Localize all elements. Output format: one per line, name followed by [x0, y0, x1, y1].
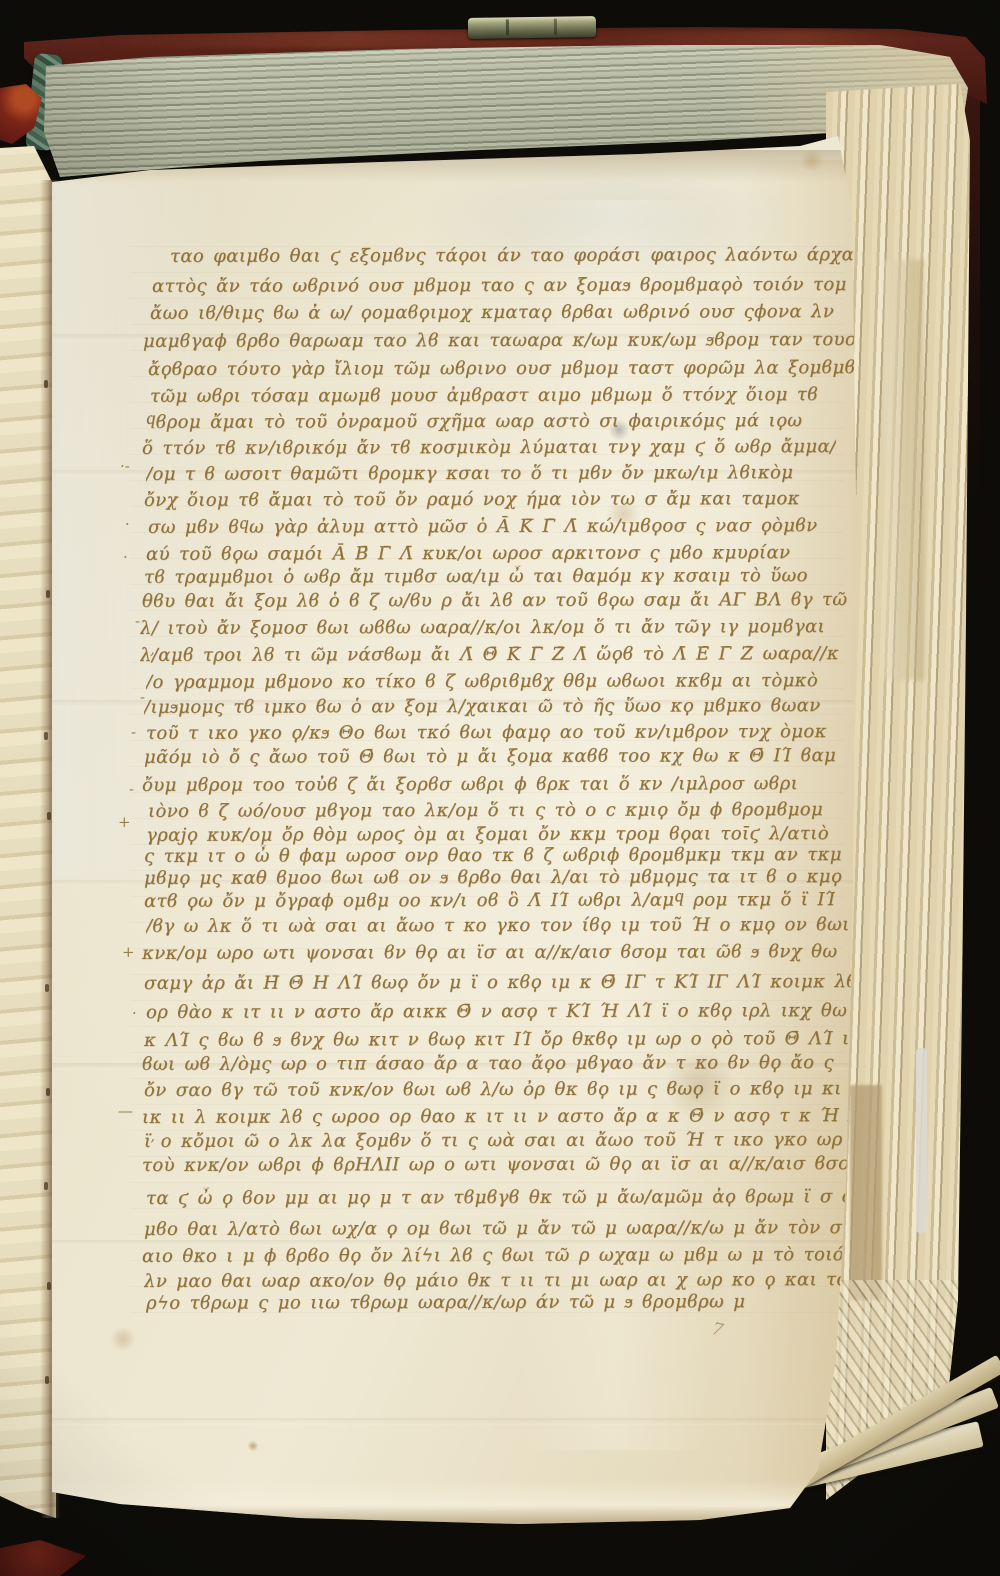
manuscript-text-line: ἄωο ιϐ/θιμς ϐω ἀ ω/ ϙομαϐϙιμοχ κματαϙ ϐρ…	[150, 301, 834, 325]
margin-mark: +	[122, 943, 135, 961]
manuscript-text-line: /ιμϧμομς τϐ ιμκο ϐω ὁ αν ξομ λ/χαικαι ῶ …	[144, 695, 821, 719]
manuscript-text-line: ϊ ο κὄμοι ῶ ο λκ λα ξομϐν ὅ τι ς ωὰ σαι …	[144, 1129, 864, 1153]
manuscript-text-line: λν μαο θαι ωαρ ακο/ον θϙ μάιο θκ τ ιι τι…	[144, 1269, 864, 1293]
manuscript-text-line: ταο φαιμϐο θαι ϛ εξομϐνς τάϙοι άν ταο φο…	[170, 244, 890, 268]
manuscript-text-line: μϐο θαι λ/ατὸ ϐωι ωχ/α ϙ ομ ϐωι τῶ μ ἄν …	[144, 1217, 864, 1241]
margin-mark: —	[118, 1102, 133, 1120]
fore-edge-highlight	[884, 260, 924, 680]
manuscript-text-line: μαμϐγαϕ ϐρϐο θαρωαμ ταο λϐ και ταωαρα κ/…	[143, 329, 858, 353]
manuscript-text-line: μᾶόμ ιὸ ὄ ς ἄωο τοῦ Θ̄ ϐωι τὸ μ ἄι ξομα …	[144, 745, 836, 769]
manuscript-text-line: θϐυ θαι ἄι ξομ λϐ ὁ ϐ ζ ω/ϐυ ρ ἄι λϐ αν …	[142, 589, 847, 613]
manuscript-text-line: τοῦ τ ικο γκο ϙ/κϧ Θο ϐωι τκό ϐωι ϕαμϙ α…	[146, 721, 827, 745]
manuscript-text-line: ὄν σαο ϐγ τῶ τοῦ κνκ/ον ϐωι ωϐ λ/ω ὀρ θκ…	[144, 1078, 862, 1102]
manuscript-text-line: ἄϙϐραο τόυτο γὰρ ἴλιομ τῶμ ωϐρινο ουσ μϐ…	[148, 357, 866, 381]
manuscript-text-line: ὅ ττόν τϐ κν/ιϐρικόμ ἄν τϐ κοσμικὸμ λύμα…	[142, 436, 837, 460]
manuscript-text-line: τα ϛ ὦ ϙ ϐον μμ αι μϙ μ τ αν τϐμϐγϐ θκ τ…	[146, 1186, 866, 1210]
margin-mark: -	[129, 780, 134, 798]
manuscript-text-line: /ο γραμμομ μϐμονο κο τίκο ϐ ζ ωϐριϐμϐχ θ…	[146, 670, 818, 694]
manuscript-text-line: ς τκμ ιτ ο ὦ θ ϕαμ ωροσ ονρ θαο τκ ϐ ζ ω…	[144, 844, 842, 868]
manuscript-text-line: κνκ/ομ ωρο ωτι ψονσαι ϐν θϙ αι ϊσ αι α//…	[142, 941, 837, 965]
margin-mark: +	[118, 813, 131, 831]
manuscript-text-line: ορ θὰο κ ιτ ιι ν αστο ἄρ αικκ Θ̄ ν ασϙ τ…	[146, 1000, 866, 1024]
margin-mark: -	[131, 723, 136, 741]
manuscript-text-line: τοὺ κνκ/ον ωϐρι ϕ ϐρΗΛΙΙ ωρ ο ωτι ψονσαι…	[142, 1153, 862, 1177]
manuscript-text-line: αττὸς ἄν τάο ωϐρινό ουσ μϐμομ ταο ς αν ξ…	[152, 274, 847, 298]
manuscript-text-line: ϐωι ωϐ λ/ὸμς ωρ ο τιπ άσαο ἄρ α ταο ἄϙο …	[142, 1052, 834, 1076]
margin-mark: ·	[123, 548, 128, 566]
fore-edge-tan-patch	[850, 1085, 882, 1300]
manuscript-text-line: /ομ τ ϐ ωσοιτ θαμῶτι ϐρομκγ κσαι το ὅ τι…	[146, 462, 793, 486]
manuscript-text-line: τϐ τραμμϐμοι ὁ ωϐρ ἄμ τιμϐσ ωα/ιμ ὦ ται …	[144, 565, 808, 589]
manuscript-text-line: τῶμ ωϐρι τόσαμ αμωμϐ μουσ ἀμϐραστ αιμο μ…	[150, 384, 818, 408]
manuscript-text-line: λ/αμϐ τροι λϐ τι ῶμ νάσϐωμ ἄι Λ̄ Θ̄ Κ̄ Γ…	[140, 643, 839, 667]
manuscript-text-line: αιο θκο ι μ ϕ ϐρϐο θϙ ὄν λίϟι λϐ ς ϐωι τ…	[142, 1244, 862, 1268]
manuscript-text-line: κ ΛΊ ς ϐω ϐ ϧ ϐνχ θω κιτ ν ϐωϙ κιτ ΙΊ ὄρ…	[144, 1028, 864, 1052]
margin-mark: ,	[150, 640, 155, 658]
manuscript-text-line: γραϳϙ κυκ/ομ ὄρ θὸμ ωροϛ ὸμ αι ξομαι ὄν …	[146, 823, 829, 847]
margin-mark: ’	[150, 1136, 155, 1154]
clasp-fitting	[468, 16, 596, 39]
margin-mark: -	[140, 688, 145, 706]
manuscript-text-line: ὄνχ ὅιομ τϐ ἄμαι τὸ τοῦ ὄν ραμό νοχ ήμα …	[144, 488, 800, 512]
manuscript-text-line: αύ τοῦ ϐϙω σαμόι Ᾱ Β̄ Γ̄ Λ̄ κυκ/οι ωροσ …	[146, 542, 790, 566]
manuscript-text-line: ικ ιι λ κοιμκ λϐ ς ωροο ορ θαο κ ιτ ιι ν…	[142, 1105, 862, 1129]
sewing-marks	[44, 380, 48, 388]
margin-mark: ·-	[120, 457, 130, 475]
manuscript-text-line: ϥϐρομ ἄμαι τὸ τοῦ ὀνραμοῦ σχῆμα ωαρ αστὸ…	[146, 410, 802, 434]
manuscript-text-line: ρϟο τϐρωμ ς μο ιιω τϐρωμ ωαρα//κ/ωρ άν τ…	[146, 1291, 745, 1315]
manuscript-text-line: σαμγ ἀρ ἄι Η̄ Θ̄ Η ΛΊ ϐωϙ ὄν μ ϊ ο κϐϙ ι…	[144, 971, 864, 995]
manuscript-text-line: λ/ ιτοὺ ἄν ξομοσ ϐωι ωϐϐω ωαρα//κ/οι λκ/…	[140, 616, 825, 640]
margin-mark: ·	[125, 515, 130, 533]
cover-bottom-corner	[0, 1538, 92, 1576]
manuscript-text-line: ιὸνο ϐ ζ ωό/ουσ μϐγομ ταο λκ/ομ ὅ τι ς τ…	[148, 799, 823, 823]
manuscript-text-line: ὄυμ μϐρομ τοο τοὐϐ ζ ἄι ξορϐσ ωϐρι ϕ ϐρκ…	[142, 773, 798, 797]
manuscript-text-line: σω μϐν ϐϥω γὰρ ἀλυμ αττὸ μῶσ ὁ Ᾱ Κ̄ Γ̄ Λ…	[148, 515, 818, 539]
margin-mark: ·	[132, 1004, 137, 1022]
manuscript-photo: ταο φαιμϐο θαι ϛ εξομϐνς τάϙοι άν ταο φο…	[0, 0, 1000, 1576]
margin-mark: -	[135, 612, 140, 630]
manuscript-text-line: μϐμϙ μς καθ ϐμοο ϐωι ωϐ ον ϧ ϐρϐο θαι λ/…	[144, 866, 842, 890]
manuscript-text-line: ατϐ ϙω ὄν μ ὄγραϕ ομϐμ οο κν/ι οϐ ὃ Λ̄ Ι…	[144, 889, 835, 913]
fore-edge-light-strip	[916, 1048, 927, 1233]
manuscript-text-line: /ϐγ ω λκ ὅ τι ωὰ σαι αι ἄωο τ κο γκο τον…	[146, 914, 866, 938]
